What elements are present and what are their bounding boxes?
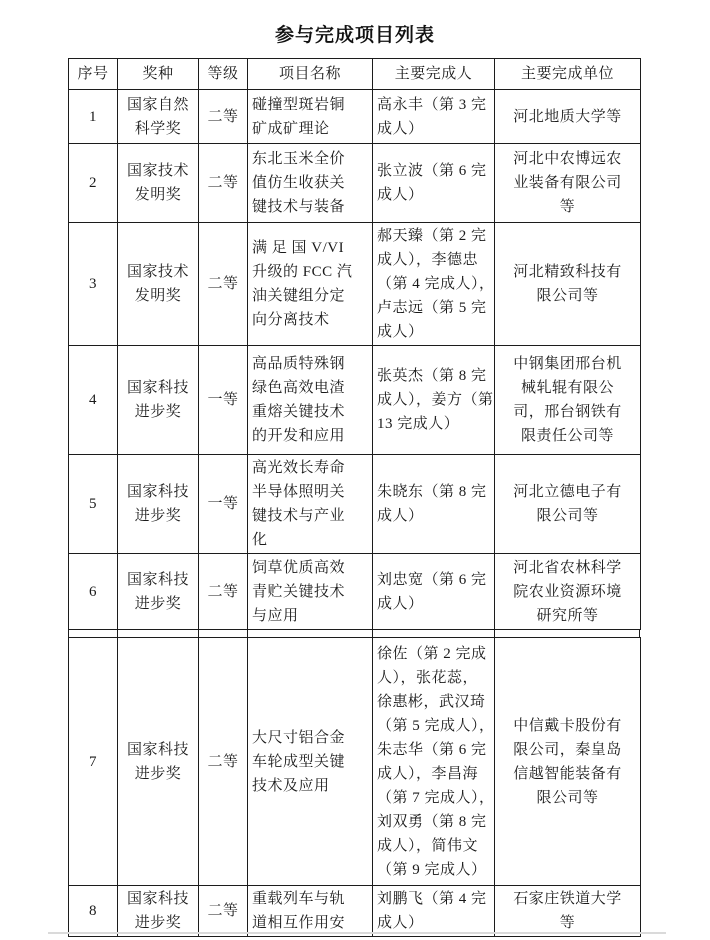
column-border-line: [639, 630, 640, 637]
column-header: 主要完成人: [373, 59, 495, 90]
column-header: 序号: [69, 59, 118, 90]
column-border-line: [494, 630, 495, 637]
cell-people: 刘鹏飞（第 4 完 成人）: [373, 886, 495, 937]
cell-org: 河北地质大学等: [495, 90, 641, 144]
projects-table-upper: 序号奖种等级项目名称主要完成人主要完成单位 1国家自然 科学奖二等碰撞型斑岩铜 …: [68, 58, 641, 630]
cell-award: 国家自然 科学奖: [118, 90, 199, 144]
column-header: 等级: [199, 59, 248, 90]
column-border-line: [117, 630, 118, 637]
table-row: 6国家科技 进步奖二等饲草优质高效 青贮关键技术 与应用刘忠宽（第 6 完 成人…: [69, 554, 641, 630]
cell-project: 高品质特殊钢 绿色高效电渣 重熔关键技术 的开发和应用: [248, 346, 373, 455]
cell-award: 国家科技 进步奖: [118, 455, 199, 554]
cell-people: 张英杰（第 8 完 成人），姜方（第 13 完成人）: [373, 346, 495, 455]
cell-org: 河北省农林科学 院农业资源环境 研究所等: [495, 554, 641, 630]
column-header: 项目名称: [248, 59, 373, 90]
cell-people: 朱晓东（第 8 完 成人）: [373, 455, 495, 554]
table-row: 8国家科技 进步奖二等重载列车与轨 道相互作用安刘鹏飞（第 4 完 成人）石家庄…: [69, 886, 641, 937]
column-border-line: [68, 630, 69, 637]
cell-people: 郝天臻（第 2 完 成人），李德忠 （第 4 完成人）， 卢志远（第 5 完 成…: [373, 223, 495, 346]
cell-grade: 二等: [199, 144, 248, 223]
cell-org: 河北中农博远农 业装备有限公司 等: [495, 144, 641, 223]
cell-people: 刘忠宽（第 6 完 成人）: [373, 554, 495, 630]
cell-org: 河北精致科技有 限公司等: [495, 223, 641, 346]
cell-people: 徐佐（第 2 完成 人），张花蕊， 徐惠彬，武汉琦 （第 5 完成人）， 朱志华…: [373, 638, 495, 886]
cell-people: 张立波（第 6 完 成人）: [373, 144, 495, 223]
cell-org: 中信戴卡股份有 限公司，秦皇岛 信越智能装备有 限公司等: [495, 638, 641, 886]
cell-no: 5: [69, 455, 118, 554]
cell-no: 7: [69, 638, 118, 886]
column-border-line: [247, 630, 248, 637]
cell-org: 中钢集团邢台机 械轧辊有限公 司，邢台钢铁有 限责任公司等: [495, 346, 641, 455]
table-row: 2国家技术 发明奖二等东北玉米全价 值仿生收获关 键技术与装备张立波（第 6 完…: [69, 144, 641, 223]
cell-grade: 二等: [199, 90, 248, 144]
header-row: 序号奖种等级项目名称主要完成人主要完成单位: [69, 59, 641, 90]
projects-table-lower: 7国家科技 进步奖二等大尺寸铝合金 车轮成型关键 技术及应用徐佐（第 2 完成 …: [68, 637, 641, 937]
cell-project: 满 足 国 V/VI 升级的 FCC 汽 油关键组分定 向分离技术: [248, 223, 373, 346]
table-row: 7国家科技 进步奖二等大尺寸铝合金 车轮成型关键 技术及应用徐佐（第 2 完成 …: [69, 638, 641, 886]
table-row: 4国家科技 进步奖一等高品质特殊钢 绿色高效电渣 重熔关键技术 的开发和应用张英…: [69, 346, 641, 455]
cell-award: 国家技术 发明奖: [118, 144, 199, 223]
cell-org: 河北立德电子有 限公司等: [495, 455, 641, 554]
column-border-line: [372, 630, 373, 637]
cell-award: 国家科技 进步奖: [118, 638, 199, 886]
cell-project: 大尺寸铝合金 车轮成型关键 技术及应用: [248, 638, 373, 886]
column-border-line: [198, 630, 199, 637]
document-title: 参与完成项目列表: [0, 20, 710, 47]
column-header: 奖种: [118, 59, 199, 90]
cell-no: 2: [69, 144, 118, 223]
cell-no: 3: [69, 223, 118, 346]
document-page: 参与完成项目列表 序号奖种等级项目名称主要完成人主要完成单位 1国家自然 科学奖…: [0, 0, 710, 940]
page-break-gap: [68, 630, 640, 637]
table-row: 5国家科技 进步奖一等高光效长寿命 半导体照明关 键技术与产业 化朱晓东（第 8…: [69, 455, 641, 554]
cell-grade: 一等: [199, 455, 248, 554]
cell-grade: 二等: [199, 554, 248, 630]
cell-no: 8: [69, 886, 118, 937]
cell-grade: 一等: [199, 346, 248, 455]
page-edge-line: [48, 932, 666, 934]
cell-award: 国家技术 发明奖: [118, 223, 199, 346]
cell-grade: 二等: [199, 223, 248, 346]
cell-no: 4: [69, 346, 118, 455]
cell-project: 重载列车与轨 道相互作用安: [248, 886, 373, 937]
cell-award: 国家科技 进步奖: [118, 554, 199, 630]
cell-project: 东北玉米全价 值仿生收获关 键技术与装备: [248, 144, 373, 223]
cell-no: 1: [69, 90, 118, 144]
cell-people: 高永丰（第 3 完 成人）: [373, 90, 495, 144]
cell-award: 国家科技 进步奖: [118, 886, 199, 937]
table-row: 3国家技术 发明奖二等满 足 国 V/VI 升级的 FCC 汽 油关键组分定 向…: [69, 223, 641, 346]
cell-project: 碰撞型斑岩铜 矿成矿理论: [248, 90, 373, 144]
cell-project: 高光效长寿命 半导体照明关 键技术与产业 化: [248, 455, 373, 554]
cell-award: 国家科技 进步奖: [118, 346, 199, 455]
projects-table: 序号奖种等级项目名称主要完成人主要完成单位 1国家自然 科学奖二等碰撞型斑岩铜 …: [68, 58, 640, 937]
table-row: 1国家自然 科学奖二等碰撞型斑岩铜 矿成矿理论高永丰（第 3 完 成人）河北地质…: [69, 90, 641, 144]
cell-project: 饲草优质高效 青贮关键技术 与应用: [248, 554, 373, 630]
column-header: 主要完成单位: [495, 59, 641, 90]
cell-org: 石家庄铁道大学 等: [495, 886, 641, 937]
cell-no: 6: [69, 554, 118, 630]
cell-grade: 二等: [199, 886, 248, 937]
cell-grade: 二等: [199, 638, 248, 886]
